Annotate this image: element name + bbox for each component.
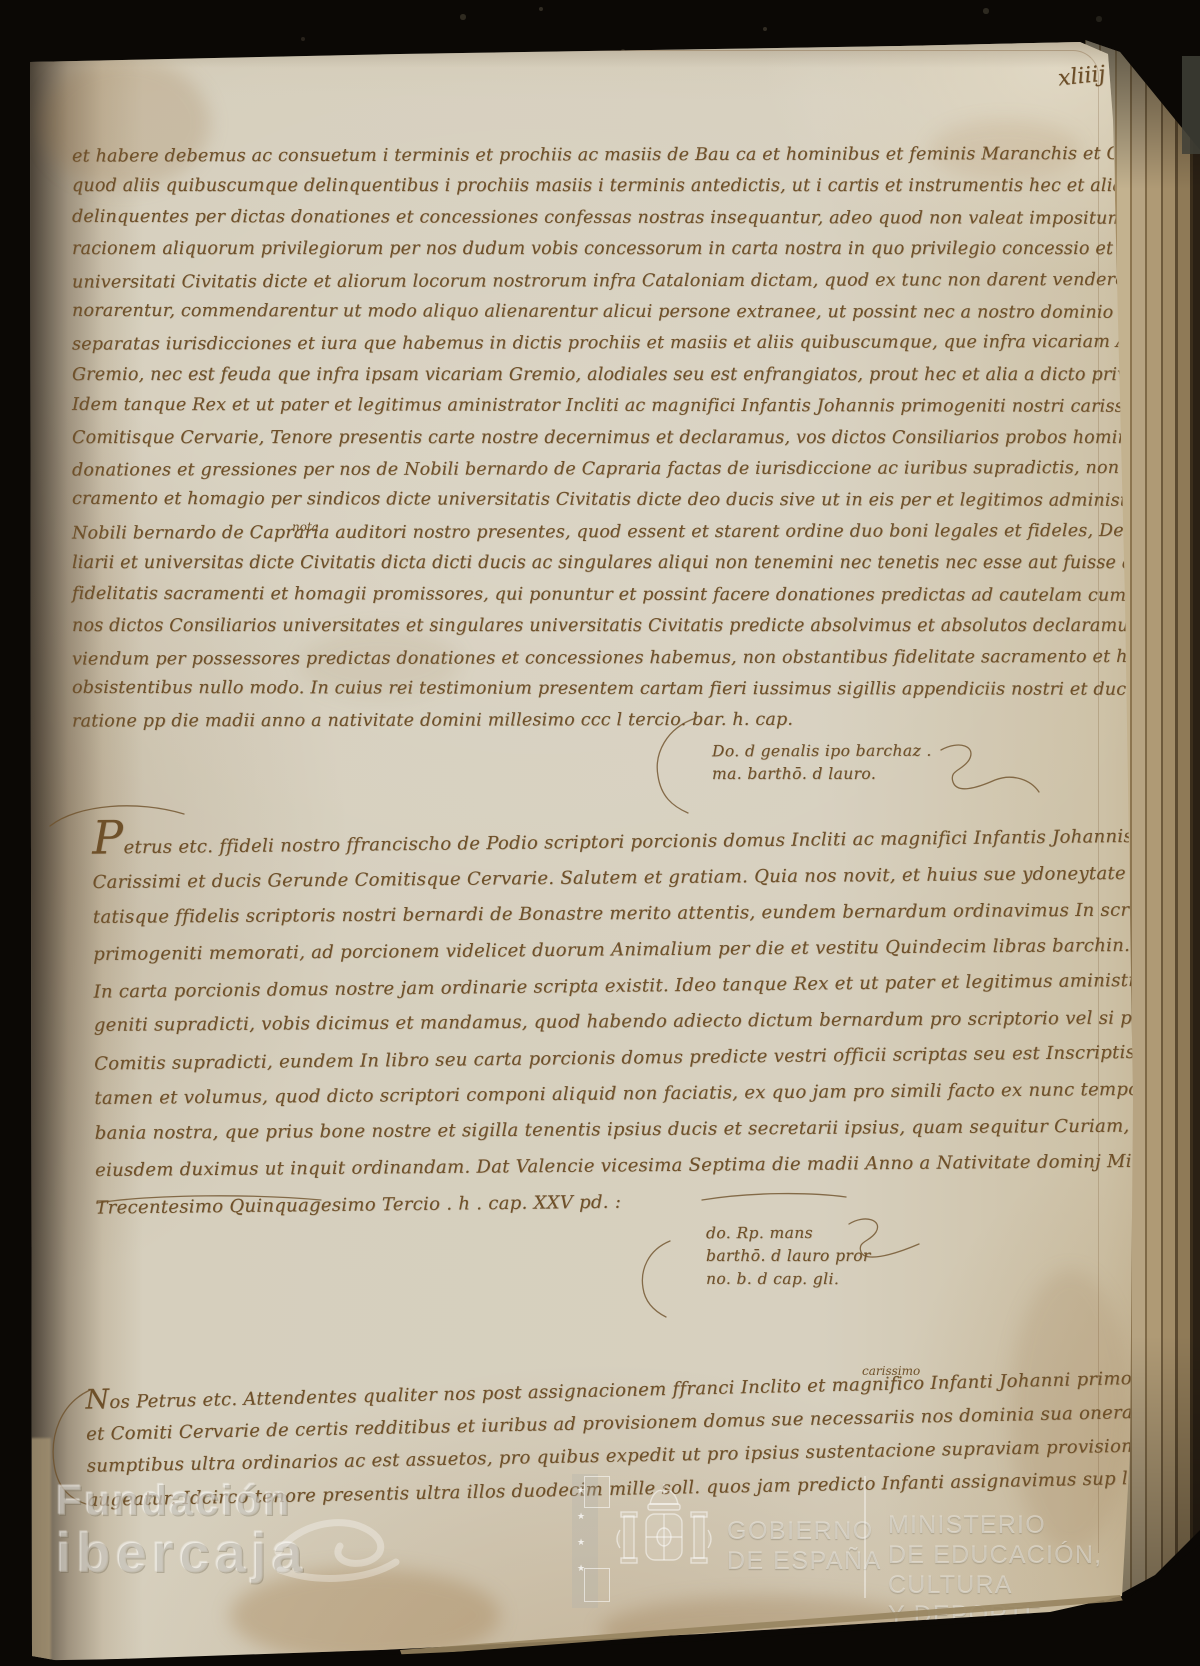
text-block-1: et habere debemus ac consuetum i termini… xyxy=(72,140,1200,737)
manuscript-text-line: universitati Civitatis dicte et aliorum … xyxy=(72,264,1200,299)
manuscript-text-line: Nobili bernardo de Capraria auditori nos… xyxy=(72,515,1200,550)
manuscript-text-line: separatas iurisdicciones et iura que hab… xyxy=(72,327,1200,362)
manuscript-text-line: cramento et homagio per sindicos dicte u… xyxy=(72,484,1200,518)
flag-star-icon: ★ xyxy=(577,1512,585,1522)
manuscript-text-line: quod aliis quibuscumque delinquentibus i… xyxy=(72,171,1200,202)
manuscript-text-line: norarentur, commendarentur ut modo aliqu… xyxy=(72,296,1200,330)
notary-flourish-icon xyxy=(933,740,1043,798)
folio-number: xliiij xyxy=(1057,62,1107,92)
flag-star-icon: ★ xyxy=(577,1538,585,1548)
notary-flourish-icon xyxy=(843,1214,923,1262)
manuscript-text-line: viendum per possessores predictas donati… xyxy=(72,641,1200,676)
gobierno-watermark: GOBIERNO DE ESPAÑA xyxy=(727,1516,882,1576)
manuscript-photo: xliiij et habere debemus ac consuetum i … xyxy=(0,0,1200,1666)
backdrop-cloth-patch xyxy=(1182,56,1200,154)
manuscript-text-line: Gremio, nec est feuda que infra ipsam vi… xyxy=(72,360,1200,391)
manuscript-text-line: no. b. d cap. gli. xyxy=(706,1268,871,1291)
manuscript-text-line: obsistentibus nullo modo. In cuius rei t… xyxy=(72,673,1200,707)
manuscript-text-line: fidelitatis sacramenti et homagii promis… xyxy=(72,579,1200,613)
manuscript-text-line: ma. barthō. d lauro. xyxy=(712,763,932,786)
ibercaja-logo-icon xyxy=(268,1506,400,1588)
watermark-divider xyxy=(864,1476,866,1598)
manuscript-text-line: racionem aliquorum privilegiorum per nos… xyxy=(72,234,1200,265)
manuscript-text-line: nos dictos Consiliarios universitates et… xyxy=(72,611,1200,642)
logo-square-outline xyxy=(584,1476,610,1508)
logo-square-outline xyxy=(584,1568,610,1602)
manuscript-text-line: et habere debemus ac consuetum i termini… xyxy=(72,138,1200,173)
line-swash-icon xyxy=(700,1190,850,1204)
gobierno-watermark-line2: DE ESPAÑA xyxy=(727,1546,882,1576)
text-block-2: Petrus etc. ffideli nostro ffrancischo d… xyxy=(92,807,1200,1225)
manuscript-text-line: Comitisque Cervarie, Tenore presentis ca… xyxy=(72,423,1200,454)
line-swash-icon xyxy=(95,1192,325,1206)
manuscript-text-line: donationes et gressiones per nos de Nobi… xyxy=(72,453,1200,488)
manuscript-text-line: ratione pp die madii anno a nativitate d… xyxy=(72,704,1200,739)
manuscript-text-line: liarii et universitas dicte Civitatis di… xyxy=(72,548,1200,579)
manuscript-text-line: delinquentes per dictas donationes et co… xyxy=(72,202,1200,236)
notary-bracket-icon xyxy=(636,1238,676,1318)
book-gutter-edge xyxy=(0,0,34,1666)
interlinear-note: nota xyxy=(292,520,319,534)
signature-block-1: Do. d genalis ipo barchaz .ma. barthō. d… xyxy=(712,740,932,786)
spain-coat-of-arms-icon xyxy=(612,1482,716,1594)
gobierno-watermark-line1: GOBIERNO xyxy=(727,1516,882,1546)
manuscript-text-line: Do. d genalis ipo barchaz . xyxy=(712,740,932,764)
manuscript-page: xliiij et habere debemus ac consuetum i … xyxy=(0,0,1200,1666)
notary-bracket-icon xyxy=(650,714,702,814)
manuscript-text-line: Idem tanque Rex et ut pater et legitimus… xyxy=(72,390,1200,424)
